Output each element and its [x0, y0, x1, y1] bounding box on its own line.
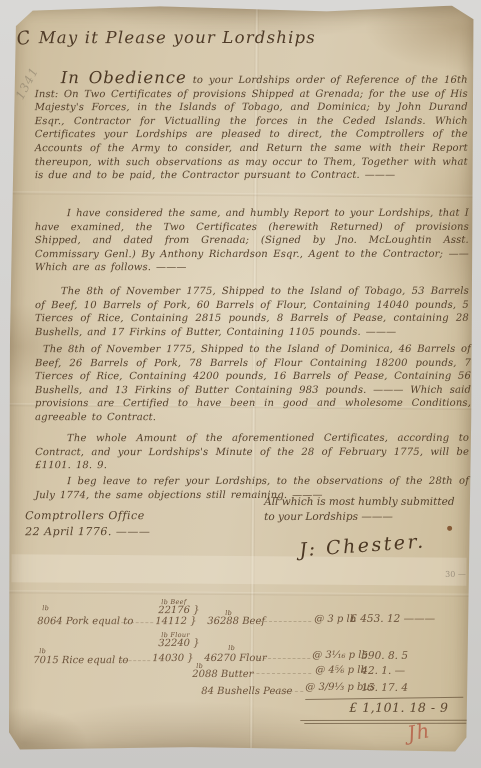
unit-label: lb: [42, 604, 49, 612]
paragraph-lead: In Obedience: [61, 68, 187, 87]
paragraph-text: to your Lordships order of Reference of …: [35, 75, 468, 182]
ink-layer: 1341 C May it Please your Lordships In O…: [9, 4, 473, 752]
closing-line2: to your Lordships ———: [264, 509, 454, 524]
converted-value: 14112 }: [155, 616, 196, 627]
rate: @ 3¹⁄₁₆ p lb: [312, 650, 368, 661]
converted-value: 14030 }: [152, 653, 193, 664]
manuscript-photo: 1341 C May it Please your Lordships In O…: [0, 0, 481, 768]
rate: @ 4⅚ p lb: [315, 665, 367, 676]
amount: £ 453. 12 ———: [350, 613, 435, 625]
summed-quantity: 36288 Beef: [207, 616, 265, 627]
double-rule-bottom: [304, 723, 466, 724]
closing-block: All which is most humbly submitted to yo…: [264, 495, 454, 524]
paper-sheet: 1341 C May it Please your Lordships In O…: [6, 2, 475, 754]
leader-line: [259, 621, 311, 622]
office-name: Comptrollers Office: [25, 508, 150, 524]
leader-line: [119, 660, 150, 661]
office-dateline: Comptrollers Office 22 April 1776. ———: [25, 508, 150, 540]
closing-line1: All which is most humbly submitted: [264, 495, 454, 510]
amount: 590. 8. 5: [361, 650, 408, 662]
paragraph-dominica-shipment: The 8th of November 1775, Shipped to the…: [35, 343, 471, 425]
red-crayon-initials: Jh: [406, 718, 432, 745]
account-item: 7015 Rice equal to: [33, 655, 128, 666]
leader-line: [273, 691, 303, 692]
paragraph-considered: I have considered the same, and humbly R…: [35, 207, 469, 275]
signature: J: Chester.: [299, 530, 427, 561]
amount: 42. 1. —: [361, 665, 405, 677]
carry-value: 22176 }: [158, 605, 199, 616]
grand-total: £ 1,101. 18 - 9: [349, 700, 448, 715]
pen-flourish-icon: C: [15, 27, 33, 50]
leader-line: [121, 622, 153, 623]
unit-label: lb: [39, 647, 46, 655]
ink-spot: [447, 526, 452, 531]
leader-line: [251, 673, 311, 674]
leader-line: [258, 658, 310, 659]
pencil-note: 30 —: [445, 570, 466, 579]
account-item: 8064 Pork equal to: [37, 616, 133, 627]
paragraph-tobago-shipment: The 8th of November 1775, Shipped to the…: [35, 285, 469, 340]
paragraph-obedience: In Obedience to your Lordships order of …: [35, 71, 468, 183]
double-rule-top: [300, 720, 472, 721]
carry-value: 32240 }: [158, 638, 199, 649]
unit-label: lb: [228, 644, 235, 652]
paragraph-whole-amount: The whole Amount of the aforementioned C…: [35, 432, 469, 473]
salutation: May it Please your Lordships: [39, 28, 316, 47]
amount: 15. 17. 4: [361, 682, 408, 694]
account-item: 2088 Butter: [192, 669, 253, 680]
office-date: 22 April 1776. ———: [25, 524, 150, 540]
